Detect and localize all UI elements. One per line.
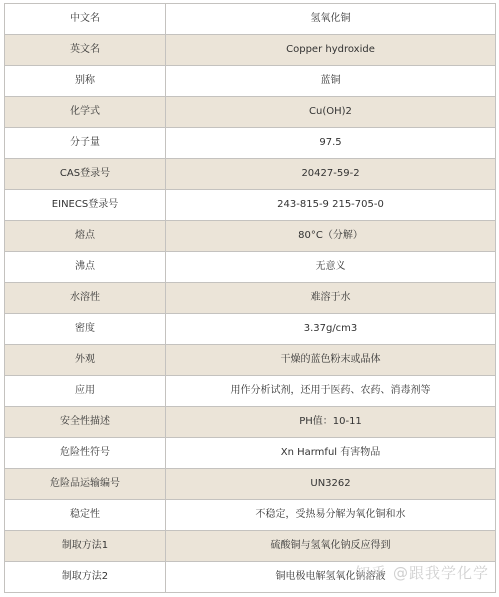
row-label: EINECS登录号 [5,190,166,221]
row-value: 干燥的蓝色粉末或晶体 [166,345,496,376]
row-label: 制取方法1 [5,531,166,562]
table-row: 别称 蓝铜 [5,66,496,97]
row-value: Copper hydroxide [166,35,496,66]
row-label: 水溶性 [5,283,166,314]
row-label: 中文名 [5,4,166,35]
table-row: 制取方法1 硫酸铜与氢氧化钠反应得到 [5,531,496,562]
table-row: 危险性符号 Xn Harmful 有害物品 [5,438,496,469]
row-value: 无意义 [166,252,496,283]
row-label: 危险性符号 [5,438,166,469]
row-value: 难溶于水 [166,283,496,314]
row-value: 97.5 [166,128,496,159]
table-row: 密度 3.37g/cm3 [5,314,496,345]
row-value: Cu(OH)2 [166,97,496,128]
table-row: 熔点 80°C（分解） [5,221,496,252]
row-value: 蓝铜 [166,66,496,97]
table-row: 化学式 Cu(OH)2 [5,97,496,128]
row-label: 稳定性 [5,500,166,531]
table-row: 外观 干燥的蓝色粉末或晶体 [5,345,496,376]
row-label: 密度 [5,314,166,345]
row-label: 应用 [5,376,166,407]
row-label: 分子量 [5,128,166,159]
table-row: 沸点 无意义 [5,252,496,283]
row-value: 硫酸铜与氢氧化钠反应得到 [166,531,496,562]
table-row: 危险品运输编号 UN3262 [5,469,496,500]
table-row: 中文名 氢氧化铜 [5,4,496,35]
row-label: 外观 [5,345,166,376]
row-value: 243-815-9 215-705-0 [166,190,496,221]
table-row: CAS登录号 20427-59-2 [5,159,496,190]
row-label: 安全性描述 [5,407,166,438]
row-label: 危险品运输编号 [5,469,166,500]
table-row: EINECS登录号 243-815-9 215-705-0 [5,190,496,221]
row-value: PH值：10-11 [166,407,496,438]
row-value: 氢氧化铜 [166,4,496,35]
table-row: 应用 用作分析试剂，还用于医药、农药、消毒剂等 [5,376,496,407]
row-label: 沸点 [5,252,166,283]
row-value: 不稳定，受热易分解为氧化铜和水 [166,500,496,531]
row-value: 20427-59-2 [166,159,496,190]
row-label: 化学式 [5,97,166,128]
table-row: 稳定性 不稳定，受热易分解为氧化铜和水 [5,500,496,531]
property-table-container: 中文名 氢氧化铜 英文名 Copper hydroxide 别称 蓝铜 化学式 … [4,3,495,593]
row-label: 熔点 [5,221,166,252]
table-row: 安全性描述 PH值：10-11 [5,407,496,438]
table-row: 水溶性 难溶于水 [5,283,496,314]
row-label: 英文名 [5,35,166,66]
row-label: 制取方法2 [5,562,166,593]
row-value: UN3262 [166,469,496,500]
row-value: 3.37g/cm3 [166,314,496,345]
row-value: Xn Harmful 有害物品 [166,438,496,469]
table-row: 分子量 97.5 [5,128,496,159]
row-label: CAS登录号 [5,159,166,190]
row-label: 别称 [5,66,166,97]
row-value: 80°C（分解） [166,221,496,252]
zhihu-watermark: 知乎 @跟我学化学 [355,562,489,583]
copper-hydroxide-property-table: 中文名 氢氧化铜 英文名 Copper hydroxide 别称 蓝铜 化学式 … [4,3,496,593]
row-value: 用作分析试剂，还用于医药、农药、消毒剂等 [166,376,496,407]
table-row: 英文名 Copper hydroxide [5,35,496,66]
